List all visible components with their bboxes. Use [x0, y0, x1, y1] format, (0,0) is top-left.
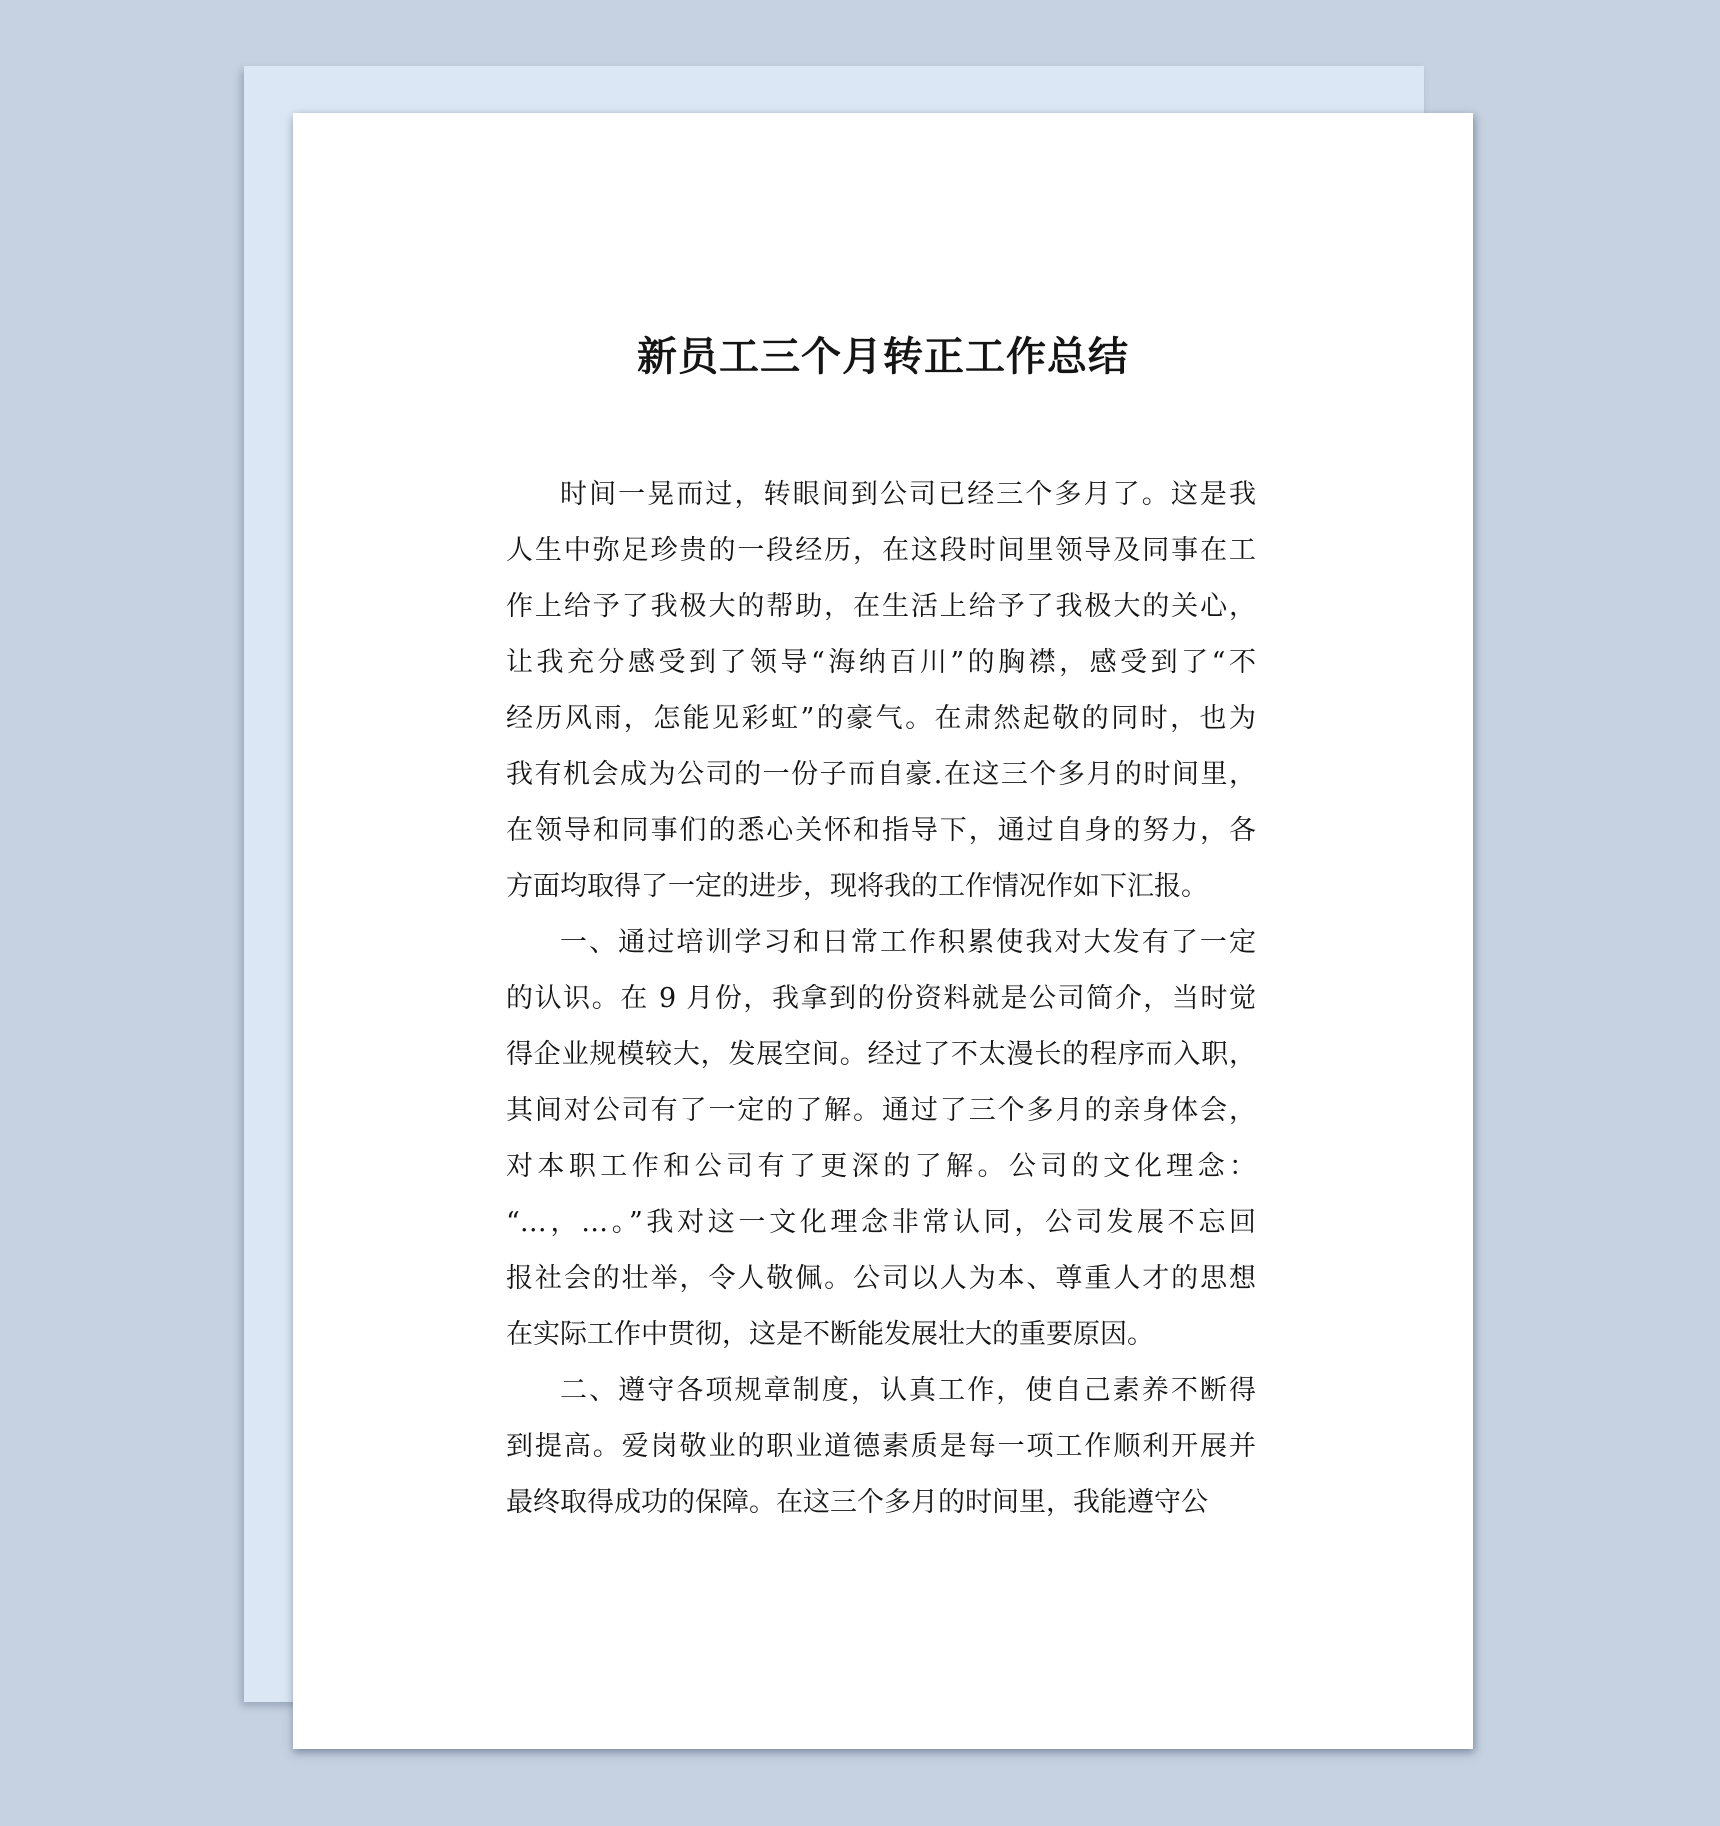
text-line: 经历风雨，怎能见彩虹”的豪气。在肃然起敬的同时，也为: [506, 691, 1256, 747]
text-line: 二、遵守各项规章制度，认真工作，使自己素养不断得: [506, 1363, 1256, 1419]
document-title: 新员工三个月转正工作总结: [293, 331, 1473, 383]
document-page: 新员工三个月转正工作总结 时间一晃而过，转眼间到公司已经三个多月了。这是我 人生…: [293, 113, 1473, 1749]
text-line: 在领导和同事们的悉心关怀和指导下，通过自身的努力，各: [506, 803, 1256, 859]
text-line: 让我充分感受到了领导“海纳百川”的胸襟，感受到了“不: [506, 635, 1256, 691]
text-line: 最终取得成功的保障。在这三个多月的时间里，我能遵守公: [506, 1475, 1256, 1531]
text-line: 得企业规模较大，发展空间。经过了不太漫长的程序而入职，: [506, 1027, 1256, 1083]
text-line: 对本职工作和公司有了更深的了解。公司的文化理念：: [506, 1139, 1256, 1195]
text-line: 在实际工作中贯彻，这是不断能发展壮大的重要原因。: [506, 1307, 1256, 1363]
text-line: 报社会的壮举，令人敬佩。公司以人为本、尊重人才的思想: [506, 1251, 1256, 1307]
text-line: 一、通过培训学习和日常工作积累使我对大发有了一定: [506, 915, 1256, 971]
text-line: 时间一晃而过，转眼间到公司已经三个多月了。这是我: [506, 467, 1256, 523]
text-line: 作上给予了我极大的帮助，在生活上给予了我极大的关心，: [506, 579, 1256, 635]
document-body: 时间一晃而过，转眼间到公司已经三个多月了。这是我 人生中弥足珍贵的一段经历，在这…: [506, 467, 1256, 1531]
canvas-background: 新员工三个月转正工作总结 时间一晃而过，转眼间到公司已经三个多月了。这是我 人生…: [0, 0, 1720, 1826]
text-line: 人生中弥足珍贵的一段经历，在这段时间里领导及同事在工: [506, 523, 1256, 579]
text-line: 我有机会成为公司的一份子而自豪.在这三个多月的时间里，: [506, 747, 1256, 803]
text-line: 方面均取得了一定的进步，现将我的工作情况作如下汇报。: [506, 859, 1256, 915]
text-line: 其间对公司有了一定的了解。通过了三个多月的亲身体会，: [506, 1083, 1256, 1139]
text-line: 的认识。在 9 月份，我拿到的份资料就是公司简介，当时觉: [506, 971, 1256, 1027]
text-line: 到提高。爱岗敬业的职业道德素质是每一项工作顺利开展并: [506, 1419, 1256, 1475]
text-line: “…，…。”我对这一文化理念非常认同，公司发展不忘回: [506, 1195, 1256, 1251]
